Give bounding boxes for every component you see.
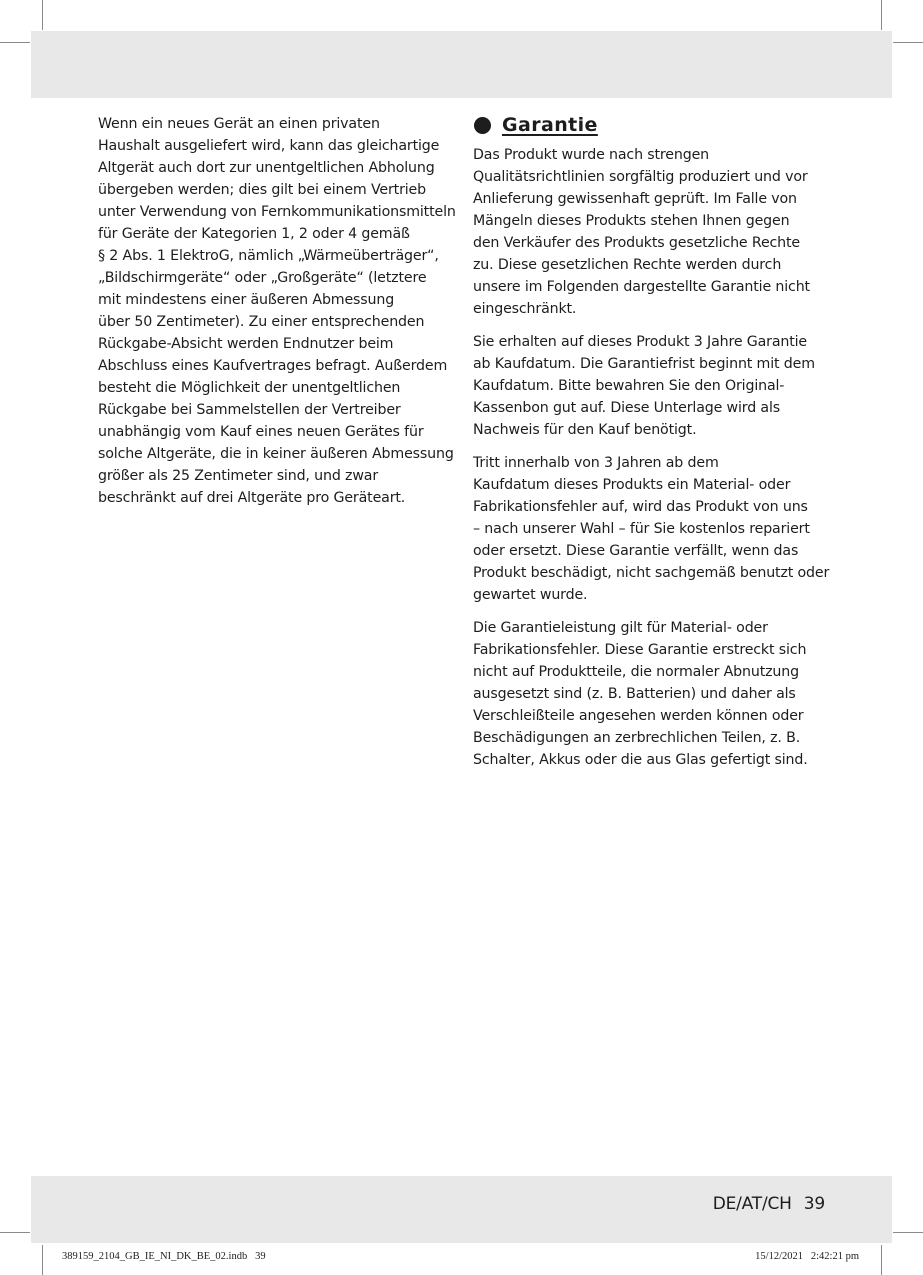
text-line: Haushalt ausgeliefert wird, kann das gle… (98, 135, 458, 157)
crop-mark-bottom-left-vertical (42, 1245, 43, 1275)
text-line: oder ersetzt. Diese Garantie verfällt, w… (473, 540, 833, 562)
crop-mark-bottom-right-horizontal (893, 1232, 923, 1233)
text-line: zu. Diese gesetzlichen Rechte werden dur… (473, 254, 833, 276)
crop-mark-top-left-vertical (42, 0, 43, 30)
text-line: Anlieferung gewissenhaft geprüft. Im Fal… (473, 188, 833, 210)
text-line: Das Produkt wurde nach strengen (473, 144, 833, 166)
crop-mark-top-left-horizontal (0, 42, 30, 43)
text-line: Rückgabe-Absicht werden Endnutzer beim (98, 333, 458, 355)
crop-mark-bottom-right-vertical (881, 1245, 882, 1275)
section-heading: Garantie (473, 110, 833, 140)
paragraph: Die Garantieleistung gilt für Material- … (473, 617, 833, 771)
text-line: eingeschränkt. (473, 298, 833, 320)
text-line: Verschleißteile angesehen werden können … (473, 705, 833, 727)
bullet-icon (474, 117, 491, 134)
text-line: Sie erhalten auf dieses Produkt 3 Jahre … (473, 331, 833, 353)
paragraph: Das Produkt wurde nach strengen Qualität… (473, 144, 833, 320)
text-line: Wenn ein neues Gerät an einen privaten (98, 113, 458, 135)
text-line: Abschluss eines Kaufvertrages befragt. A… (98, 355, 458, 377)
text-line: unter Verwendung von Fernkommunikationsm… (98, 201, 458, 223)
text-line: ausgesetzt sind (z. B. Batterien) und da… (473, 683, 833, 705)
text-line: besteht die Möglichkeit der unentgeltlic… (98, 377, 458, 399)
text-line: Schalter, Akkus oder die aus Glas gefert… (473, 749, 833, 771)
text-line: Altgerät auch dort zur unentgeltlichen A… (98, 157, 458, 179)
text-line: über 50 Zentimeter). Zu einer entspreche… (98, 311, 458, 333)
text-line: beschränkt auf drei Altgeräte pro Geräte… (98, 487, 458, 509)
text-line: § 2 Abs. 1 ElektroG, nämlich „Wärmeübert… (98, 245, 458, 267)
text-line: ab Kaufdatum. Die Garantiefrist beginnt … (473, 353, 833, 375)
crop-mark-bottom-left-horizontal (0, 1232, 30, 1233)
heading-title: Garantie (502, 114, 598, 136)
text-line: größer als 25 Zentimeter sind, und zwar (98, 465, 458, 487)
text-line: mit mindestens einer äußeren Abmessung (98, 289, 458, 311)
right-column: Garantie Das Produkt wurde nach strengen… (473, 110, 833, 782)
text-line: Produkt beschädigt, nicht sachgemäß benu… (473, 562, 833, 584)
page-footer-label: DE/AT/CH39 (713, 1194, 825, 1214)
text-line: unsere im Folgenden dargestellte Garanti… (473, 276, 833, 298)
text-line: Kassenbon gut auf. Diese Unterlage wird … (473, 397, 833, 419)
text-line: Kaufdatum dieses Produkts ein Material- … (473, 474, 833, 496)
print-slug-timestamp: 15/12/2021 2:42:21 pm (755, 1251, 859, 1262)
text-line: nicht auf Produktteile, die normaler Abn… (473, 661, 833, 683)
text-line: Mängeln dieses Produkts stehen Ihnen geg… (473, 210, 833, 232)
print-slug-file: 389159_2104_GB_IE_NI_DK_BE_02.indb 39 (62, 1251, 266, 1262)
text-line: Beschädigungen an zerbrechlichen Teilen,… (473, 727, 833, 749)
text-line: Rückgabe bei Sammelstellen der Vertreibe… (98, 399, 458, 421)
text-line: den Verkäufer des Produkts gesetzliche R… (473, 232, 833, 254)
text-line: „Bildschirmgeräte“ oder „Großgeräte“ (le… (98, 267, 458, 289)
text-line: übergeben werden; dies gilt bei einem Ve… (98, 179, 458, 201)
left-column: Wenn ein neues Gerät an einen privaten H… (98, 113, 458, 520)
text-line: Tritt innerhalb von 3 Jahren ab dem (473, 452, 833, 474)
text-line: Fabrikationsfehler. Diese Garantie erstr… (473, 639, 833, 661)
text-line: – nach unserer Wahl – für Sie kostenlos … (473, 518, 833, 540)
paragraph: Tritt innerhalb von 3 Jahren ab dem Kauf… (473, 452, 833, 606)
text-line: für Geräte der Kategorien 1, 2 oder 4 ge… (98, 223, 458, 245)
header-band (31, 31, 892, 98)
crop-mark-top-right-vertical (881, 0, 882, 30)
region-label: DE/AT/CH (713, 1194, 792, 1214)
crop-mark-top-right-horizontal (893, 42, 923, 43)
text-line: solche Altgeräte, die in keiner äußeren … (98, 443, 458, 465)
text-line: Kaufdatum. Bitte bewahren Sie den Origin… (473, 375, 833, 397)
text-line: Die Garantieleistung gilt für Material- … (473, 617, 833, 639)
paragraph: Sie erhalten auf dieses Produkt 3 Jahre … (473, 331, 833, 441)
text-line: Nachweis für den Kauf benötigt. (473, 419, 833, 441)
paragraph: Wenn ein neues Gerät an einen privaten H… (98, 113, 458, 509)
text-line: Qualitätsrichtlinien sorgfältig produzie… (473, 166, 833, 188)
text-line: Fabrikationsfehler auf, wird das Produkt… (473, 496, 833, 518)
page-number: 39 (804, 1194, 825, 1214)
text-line: gewartet wurde. (473, 584, 833, 606)
text-line: unabhängig vom Kauf eines neuen Gerätes … (98, 421, 458, 443)
